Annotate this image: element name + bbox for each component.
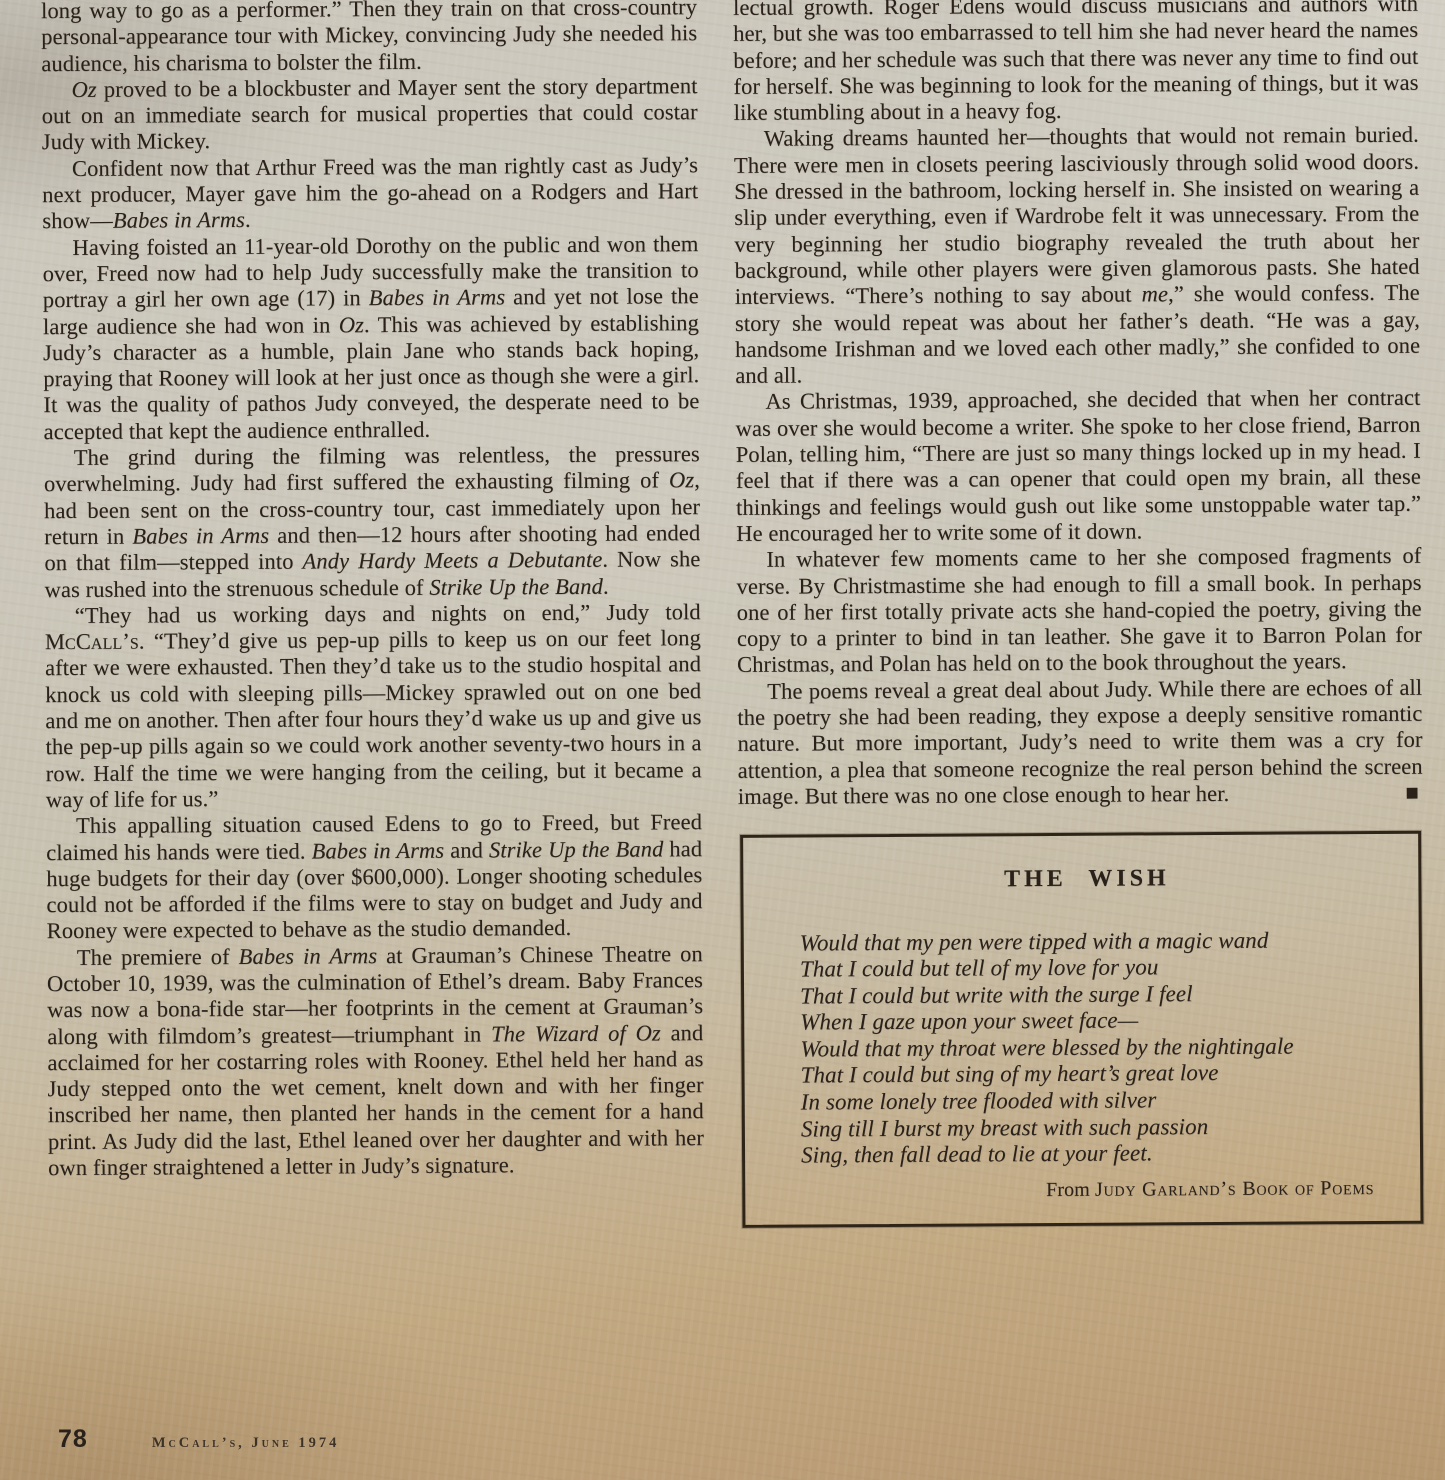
poem-line: That I could but sing of my heart’s grea…: [800, 1059, 1375, 1089]
paragraph: In whatever few moments came to her she …: [736, 543, 1422, 679]
paragraph: As Christmas, 1939, approached, she deci…: [735, 385, 1421, 547]
poem-line: That I could but tell of my love for you: [800, 953, 1375, 983]
paragraph: Confident now that Arthur Freed was the …: [42, 152, 698, 235]
poem-line: That I could but write with the surge I …: [800, 980, 1375, 1010]
poem-line: In some lonely tree flooded with silver: [801, 1086, 1376, 1116]
end-of-article-marker: ■: [1375, 780, 1418, 806]
left-column: long way to go as a performer.” Then the…: [41, 0, 705, 1232]
poem-line: When I gaze upon your sweet face—: [800, 1006, 1375, 1036]
page-footer: 78 McCall’s, June 1974: [58, 1425, 339, 1454]
article-columns: long way to go as a performer.” Then the…: [0, 0, 1445, 1233]
paragraph: Waking dreams haunted her—thoughts that …: [734, 122, 1421, 389]
right-column-text: lectual growth. Roger Edens would discus…: [733, 0, 1423, 810]
poem-attribution: From Judy Garland’s Book of Poems: [801, 1175, 1376, 1205]
paragraph: lectual growth. Roger Edens would discus…: [733, 0, 1419, 126]
poem-line: Sing, then fall dead to lie at your feet…: [801, 1139, 1376, 1169]
poem-line: Sing till I burst my breast with such pa…: [801, 1113, 1376, 1143]
poem-box: THE WISH Would that my pen were tipped w…: [740, 831, 1423, 1228]
paragraph: “They had us working days and nights on …: [45, 599, 702, 813]
paragraph: The poems reveal a great deal about Judy…: [737, 674, 1423, 810]
poem-line: Would that my throat were blessed by the…: [800, 1033, 1375, 1063]
paragraph: long way to go as a performer.” Then the…: [41, 0, 697, 77]
poem-attribution-prefix: From: [1046, 1179, 1090, 1201]
right-column: lectual growth. Roger Edens would discus…: [733, 0, 1426, 1228]
poem-attribution-source: Judy Garland’s Book of Poems: [1095, 1177, 1374, 1201]
magazine-credit: McCall’s, June 1974: [152, 1435, 340, 1452]
paragraph: This appalling situation caused Edens to…: [46, 809, 703, 944]
paragraph: Oz proved to be a blockbuster and Mayer …: [41, 73, 697, 156]
paragraph: Having foisted an 11-year-old Dorothy on…: [42, 231, 699, 445]
poem-line: Would that my pen were tipped with a mag…: [800, 927, 1375, 957]
paragraph: The grind during the filming was relentl…: [44, 441, 701, 603]
magazine-page: long way to go as a performer.” Then the…: [0, 0, 1445, 1480]
poem-title: THE WISH: [799, 864, 1374, 894]
poem-lines: Would that my pen were tipped with a mag…: [800, 927, 1376, 1170]
page-number: 78: [58, 1425, 88, 1454]
paragraph: The premiere of Babes in Arms at Grauman…: [47, 941, 704, 1182]
